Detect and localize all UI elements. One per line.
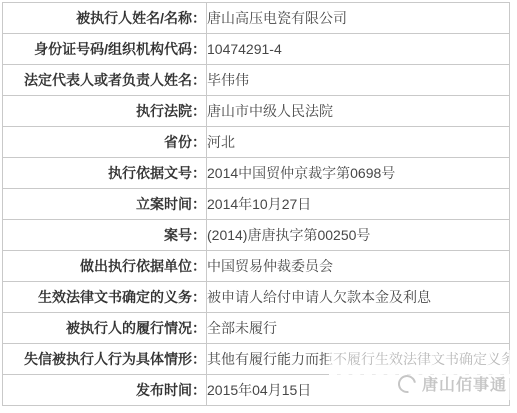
row-label: 身份证号码/组织机构代码：	[3, 34, 207, 65]
debtor-info-table: 被执行人姓名/名称： 唐山高压电瓷有限公司 身份证号码/组织机构代码： 1047…	[2, 2, 510, 406]
row-value: 毕伟伟	[207, 65, 510, 96]
row-label: 立案时间：	[3, 189, 207, 220]
row-value: 2014年10月27日	[207, 189, 510, 220]
table-row: 做出执行依据单位： 中国贸易仲裁委员会	[3, 251, 510, 282]
table-row: 法定代表人或者负责人姓名： 毕伟伟	[3, 65, 510, 96]
row-label: 案号：	[3, 220, 207, 251]
row-value: 2015年04月15日	[207, 375, 510, 406]
table-row: 省份： 河北	[3, 127, 510, 158]
table-row: 执行法院： 唐山市中级人民法院	[3, 96, 510, 127]
row-value: 中国贸易仲裁委员会	[207, 251, 510, 282]
row-label: 执行法院：	[3, 96, 207, 127]
row-value: (2014)唐唐执字第00250号	[207, 220, 510, 251]
row-value: 2014中国贸仲京裁字第0698号	[207, 158, 510, 189]
row-value: 其他有履行能力而拒不履行生效法律文书确定义务	[207, 344, 510, 375]
row-label: 省份：	[3, 127, 207, 158]
row-value: 全部未履行	[207, 313, 510, 344]
row-label: 法定代表人或者负责人姓名：	[3, 65, 207, 96]
row-label: 被执行人的履行情况：	[3, 313, 207, 344]
table-row: 立案时间： 2014年10月27日	[3, 189, 510, 220]
row-value: 被申请人给付申请人欠款本金及利息	[207, 282, 510, 313]
row-value: 唐山高压电瓷有限公司	[207, 3, 510, 34]
row-label: 执行依据文号：	[3, 158, 207, 189]
row-label: 做出执行依据单位：	[3, 251, 207, 282]
table-row: 生效法律文书确定的义务： 被申请人给付申请人欠款本金及利息	[3, 282, 510, 313]
table-row: 案号： (2014)唐唐执字第00250号	[3, 220, 510, 251]
row-value: 唐山市中级人民法院	[207, 96, 510, 127]
table-row: 被执行人姓名/名称： 唐山高压电瓷有限公司	[3, 3, 510, 34]
row-label: 失信被执行人行为具体情形：	[3, 344, 207, 375]
row-value: 河北	[207, 127, 510, 158]
row-label: 被执行人姓名/名称：	[3, 3, 207, 34]
table-row: 执行依据文号： 2014中国贸仲京裁字第0698号	[3, 158, 510, 189]
page: 被执行人姓名/名称： 唐山高压电瓷有限公司 身份证号码/组织机构代码： 1047…	[0, 0, 517, 413]
table-row: 发布时间： 2015年04月15日	[3, 375, 510, 406]
table-row: 被执行人的履行情况： 全部未履行	[3, 313, 510, 344]
row-label: 生效法律文书确定的义务：	[3, 282, 207, 313]
row-label: 发布时间：	[3, 375, 207, 406]
table-row: 失信被执行人行为具体情形： 其他有履行能力而拒不履行生效法律文书确定义务	[3, 344, 510, 375]
row-value: 10474291-4	[207, 34, 510, 65]
table-row: 身份证号码/组织机构代码： 10474291-4	[3, 34, 510, 65]
